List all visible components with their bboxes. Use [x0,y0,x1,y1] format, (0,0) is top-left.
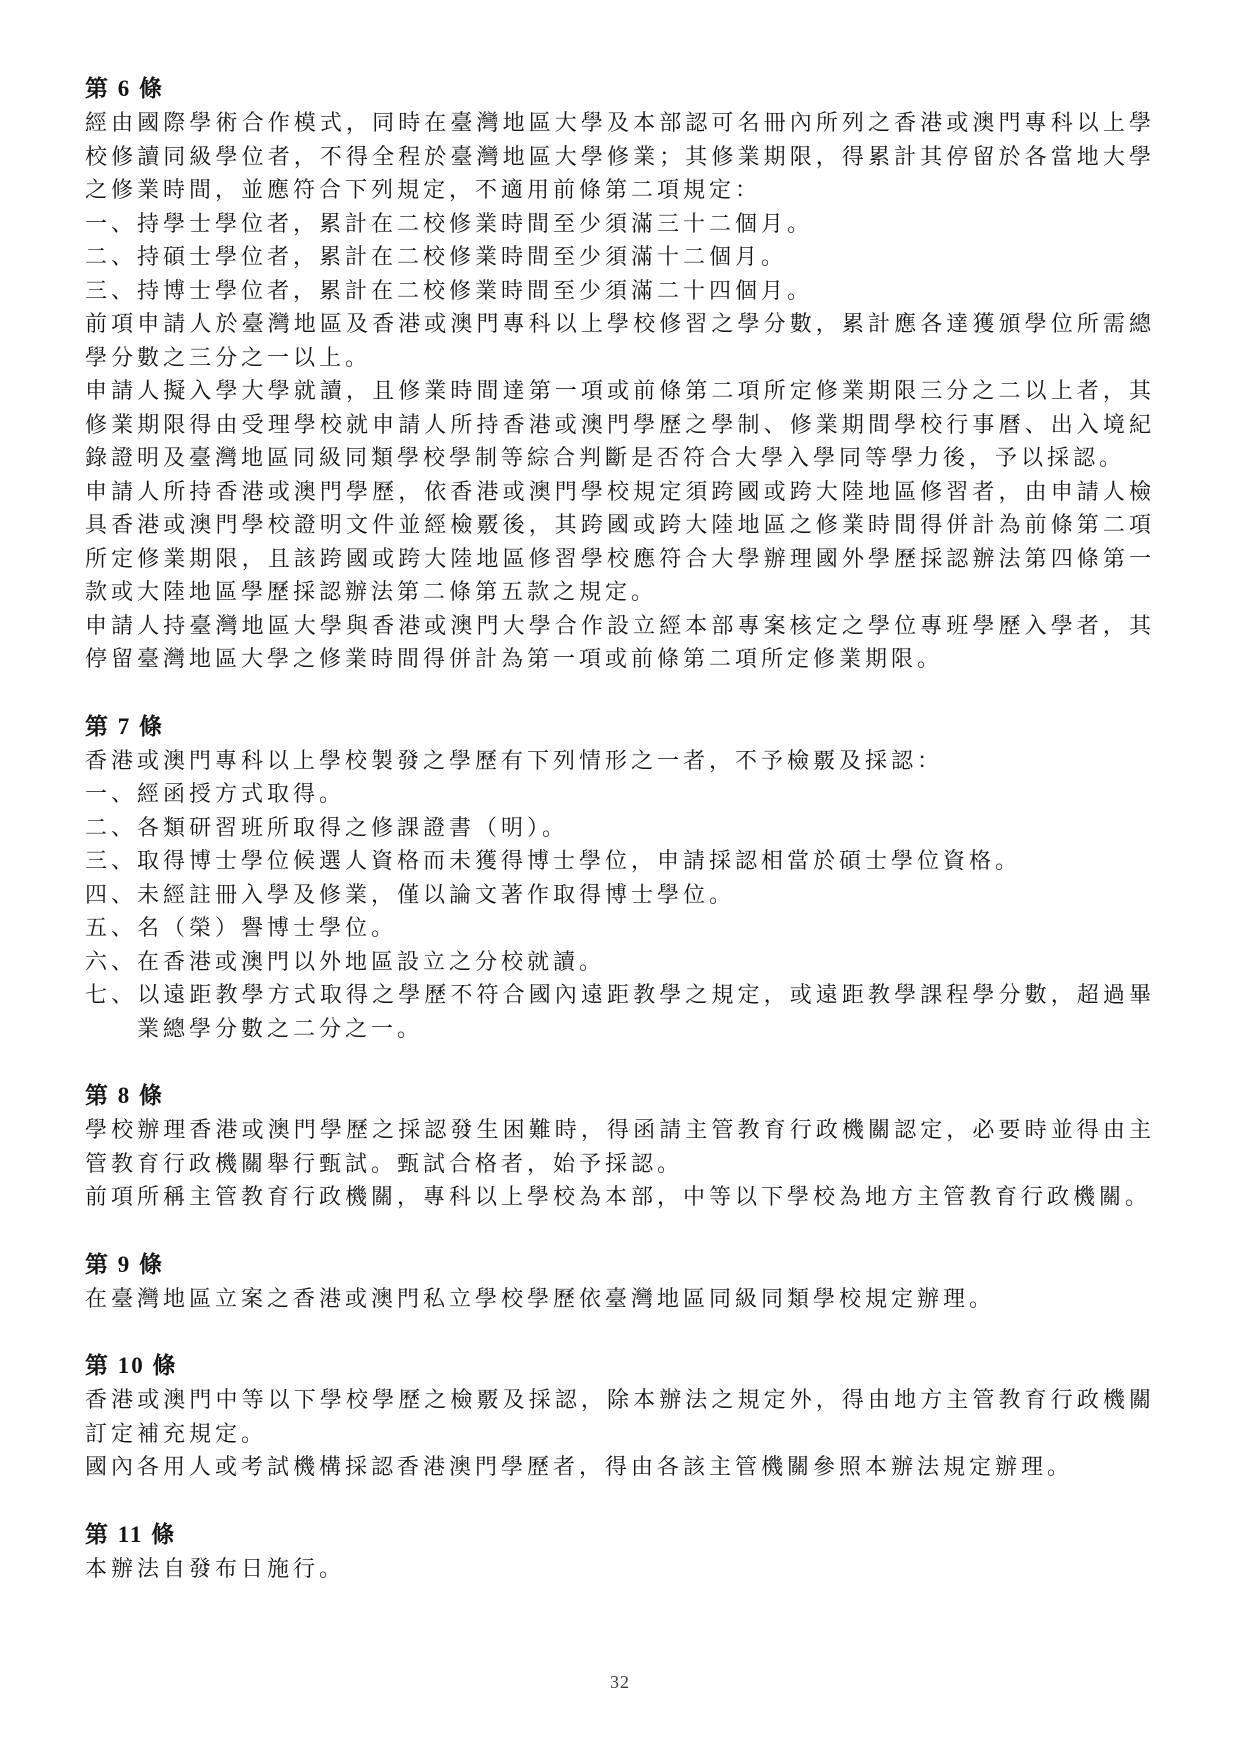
article-6: 第 6 條 經由國際學術合作模式，同時在臺灣地區大學及本部認可名冊內所列之香港或… [85,72,1155,676]
article-8-paragraph-2: 前項所稱主管教育行政機關，專科以上學校為本部，中等以下學校為地方主管教育行政機關… [85,1180,1155,1214]
article-7-paragraph-1: 香港或澳門專科以上學校製發之學歷有下列情形之一者，不予檢覈及採認： [85,744,1155,778]
article-6-list-item-2: 二、持碩士學位者，累計在二校修業時間至少須滿十二個月。 [85,240,1155,274]
document-body: 第 6 條 經由國際學術合作模式，同時在臺灣地區大學及本部認可名冊內所列之香港或… [85,72,1155,1585]
article-6-paragraph-2: 前項申請人於臺灣地區及香港或澳門專科以上學校修習之學分數，累計應各達獲頒學位所需… [85,307,1155,374]
article-11-paragraph-1: 本辦法自發布日施行。 [85,1552,1155,1586]
article-6-paragraph-3: 申請人擬入學大學就讀，且修業時間達第一項或前條第二項所定修業期限三分之二以上者，… [85,374,1155,475]
page-number: 32 [0,1672,1240,1693]
article-6-list-item-1: 一、持學士學位者，累計在二校修業時間至少須滿三十二個月。 [85,207,1155,241]
article-9-paragraph-1: 在臺灣地區立案之香港或澳門私立學校學歷依臺灣地區同級同類學校規定辦理。 [85,1282,1155,1316]
article-7-list-item-4: 四、未經註冊入學及修業，僅以論文著作取得博士學位。 [85,878,1155,912]
article-7: 第 7 條 香港或澳門專科以上學校製發之學歷有下列情形之一者，不予檢覈及採認： … [85,710,1155,1046]
article-7-list-item-7: 七、以遠距教學方式取得之學歷不符合國內遠距教學之規定，或遠距教學課程學分數，超過… [85,978,1155,1045]
article-6-paragraph-4: 申請人所持香港或澳門學歷，依香港或澳門學校規定須跨國或跨大陸地區修習者，由申請人… [85,475,1155,609]
article-9: 第 9 條 在臺灣地區立案之香港或澳門私立學校學歷依臺灣地區同級同類學校規定辦理… [85,1248,1155,1316]
article-10: 第 10 條 香港或澳門中等以下學校學歷之檢覈及採認，除本辦法之規定外，得由地方… [85,1349,1155,1484]
article-11-heading: 第 11 條 [85,1518,1155,1552]
article-10-paragraph-1: 香港或澳門中等以下學校學歷之檢覈及採認，除本辦法之規定外，得由地方主管教育行政機… [85,1383,1155,1450]
article-7-list-item-2: 二、各類研習班所取得之修課證書（明）。 [85,811,1155,845]
article-8: 第 8 條 學校辦理香港或澳門學歷之採認發生困難時，得函請主管教育行政機關認定，… [85,1079,1155,1214]
article-7-list-item-5: 五、名（榮）譽博士學位。 [85,911,1155,945]
article-10-paragraph-2: 國內各用人或考試機構採認香港澳門學歷者，得由各該主管機關參照本辦法規定辦理。 [85,1450,1155,1484]
article-6-paragraph-1: 經由國際學術合作模式，同時在臺灣地區大學及本部認可名冊內所列之香港或澳門專科以上… [85,106,1155,207]
article-9-heading: 第 9 條 [85,1248,1155,1282]
article-7-heading: 第 7 條 [85,710,1155,744]
article-6-heading: 第 6 條 [85,72,1155,106]
document-page: 第 6 條 經由國際學術合作模式，同時在臺灣地區大學及本部認可名冊內所列之香港或… [0,0,1240,1753]
article-11: 第 11 條 本辦法自發布日施行。 [85,1518,1155,1586]
article-8-paragraph-1: 學校辦理香港或澳門學歷之採認發生困難時，得函請主管教育行政機關認定，必要時並得由… [85,1113,1155,1180]
article-7-list-item-6: 六、在香港或澳門以外地區設立之分校就讀。 [85,945,1155,979]
article-10-heading: 第 10 條 [85,1349,1155,1383]
article-6-list-item-3: 三、持博士學位者，累計在二校修業時間至少須滿二十四個月。 [85,274,1155,308]
article-6-paragraph-5: 申請人持臺灣地區大學與香港或澳門大學合作設立經本部專案核定之學位專班學歷入學者，… [85,609,1155,676]
article-7-list-item-1: 一、經函授方式取得。 [85,777,1155,811]
article-7-list-item-3: 三、取得博士學位候選人資格而未獲得博士學位，申請採認相當於碩士學位資格。 [85,844,1155,878]
article-8-heading: 第 8 條 [85,1079,1155,1113]
